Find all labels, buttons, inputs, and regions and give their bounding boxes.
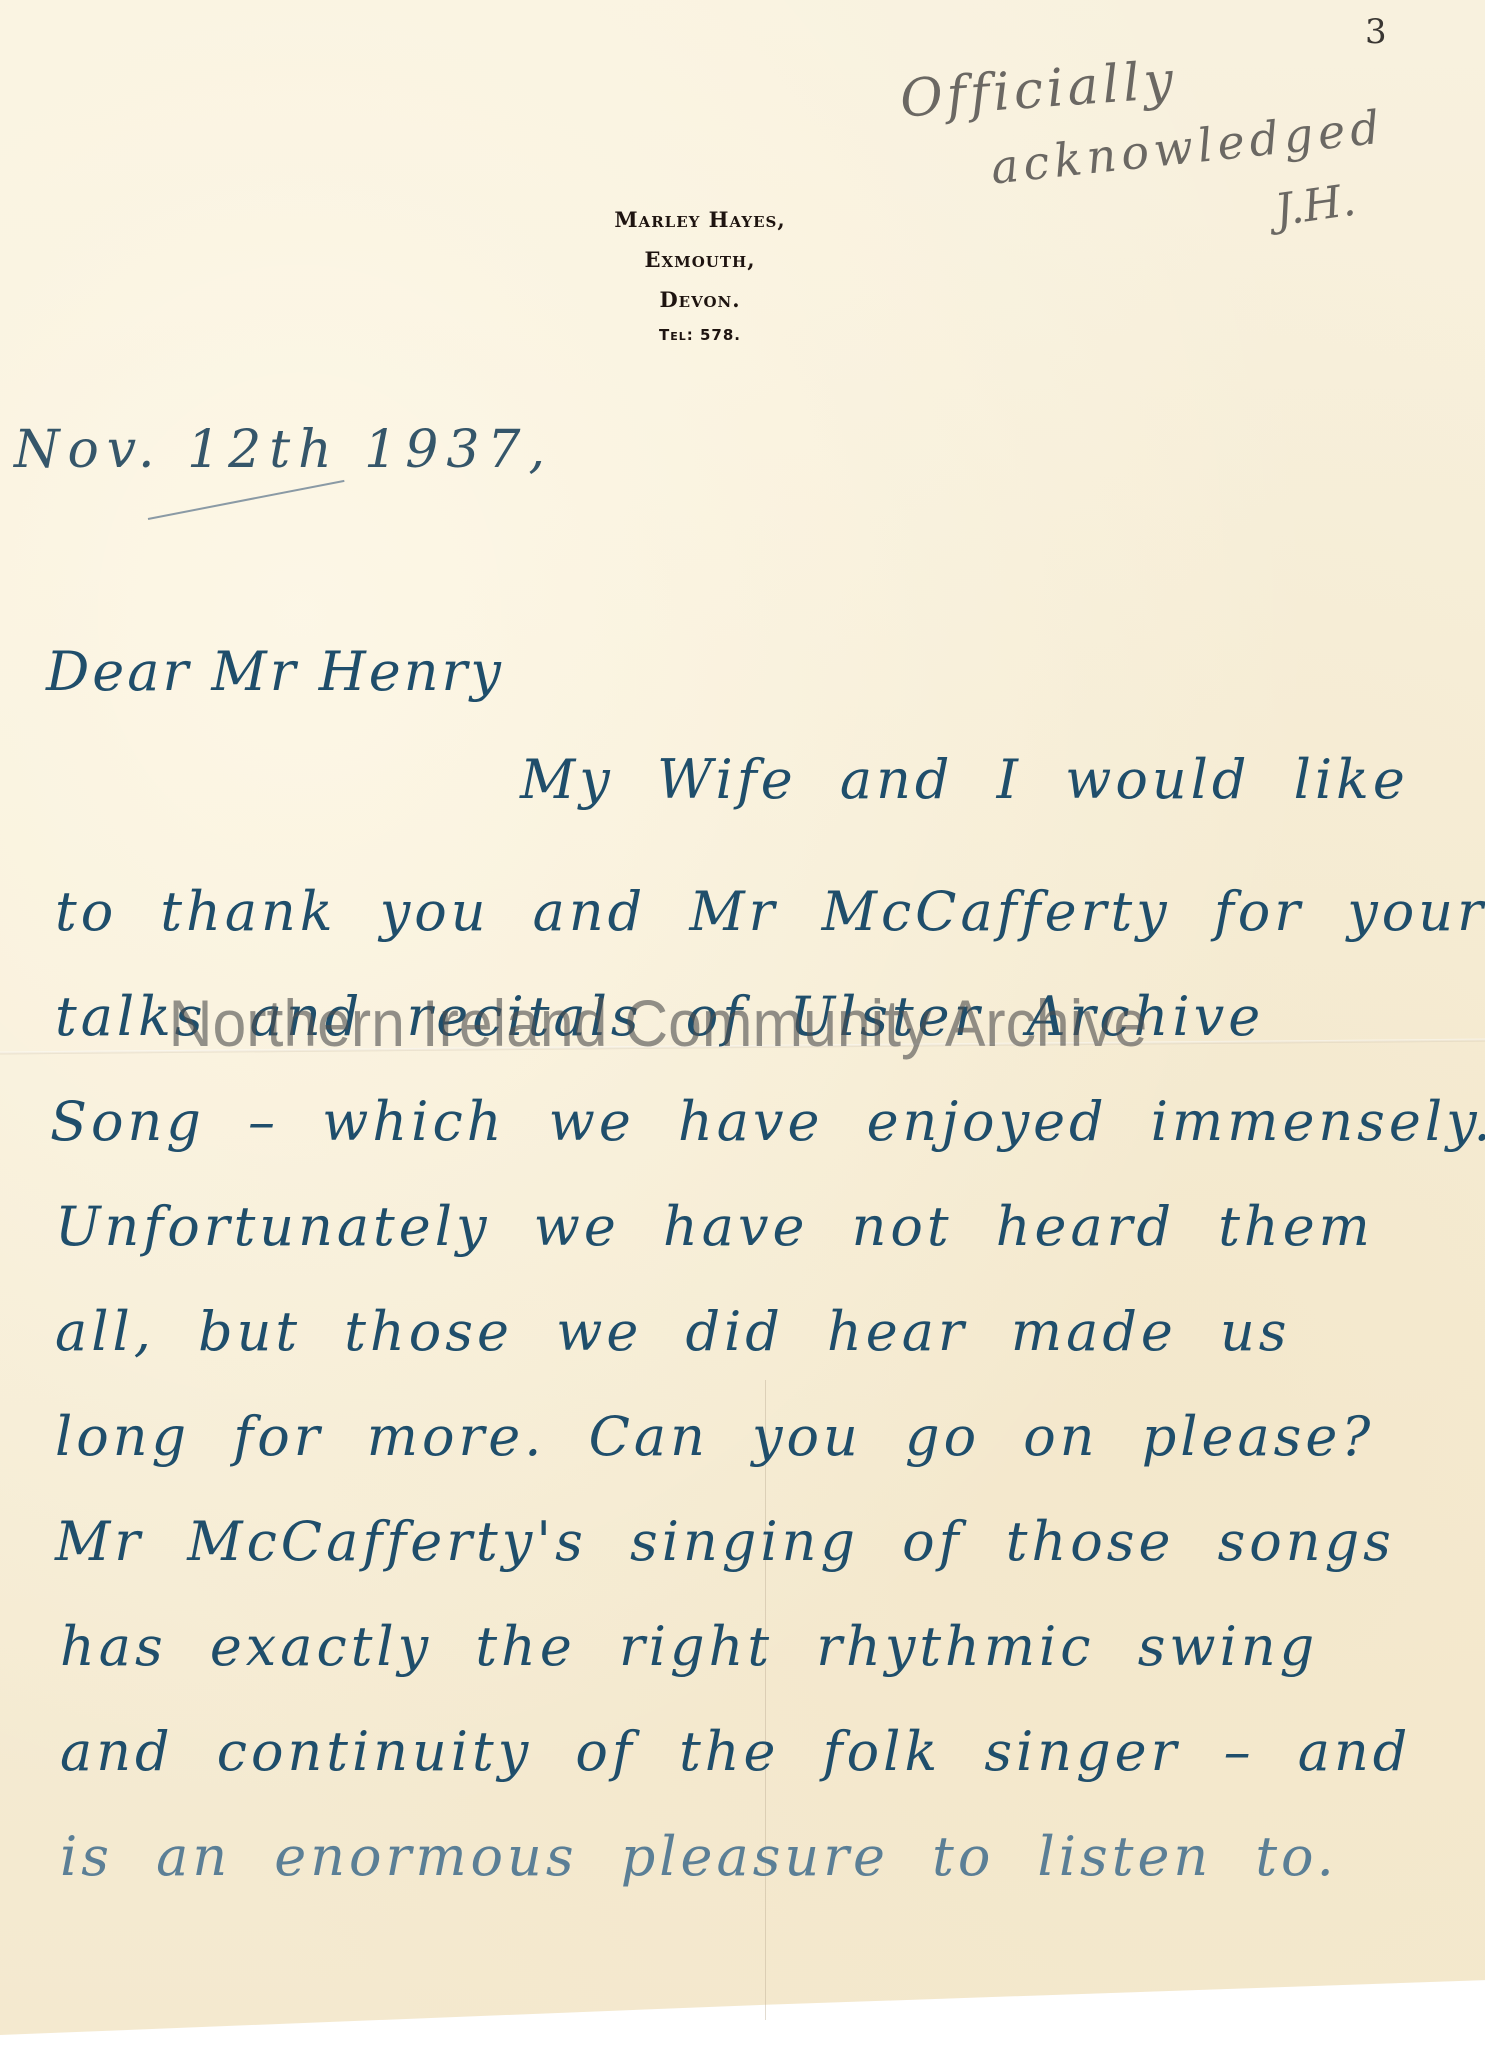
letterhead-county: Devon. [540,280,860,320]
scan-margin [1485,0,1497,2048]
body-line-1: My Wife and I would like [520,748,1409,811]
salutation: Dear Mr Henry [46,640,504,703]
letterhead-telephone: Tel: 578. [540,320,860,350]
page-number: 3 [1365,12,1387,52]
letterhead-town: Exmouth, [540,240,860,280]
body-line-4: Song – which we have enjoyed immensely. [50,1090,1495,1153]
letter-date: Nov. 12th 1937, [14,420,553,480]
archive-watermark: Northern Ireland Community Archive [60,985,1256,1061]
letterhead: Marley Hayes, Exmouth, Devon. Tel: 578. [540,200,860,350]
body-line-6: all, but those we did hear made us [55,1300,1291,1363]
body-line-7: long for more. Can you go on please? [55,1405,1374,1468]
body-line-9: has exactly the right rhythmic swing [60,1615,1318,1678]
letter-scan: 3 Officially acknowledged J.H. Marley Ha… [0,0,1497,2048]
body-line-2: to thank you and Mr McCafferty for your [55,880,1487,943]
body-line-8: Mr McCafferty's singing of those songs [55,1510,1395,1573]
letterhead-house-name: Marley Hayes, [540,200,860,240]
body-line-5: Unfortunately we have not heard them [55,1195,1374,1258]
body-line-10: and continuity of the folk singer – and [60,1720,1411,1783]
vertical-fold-crease [765,1380,766,2020]
body-line-11: is an enormous pleasure to listen to. [60,1825,1338,1888]
